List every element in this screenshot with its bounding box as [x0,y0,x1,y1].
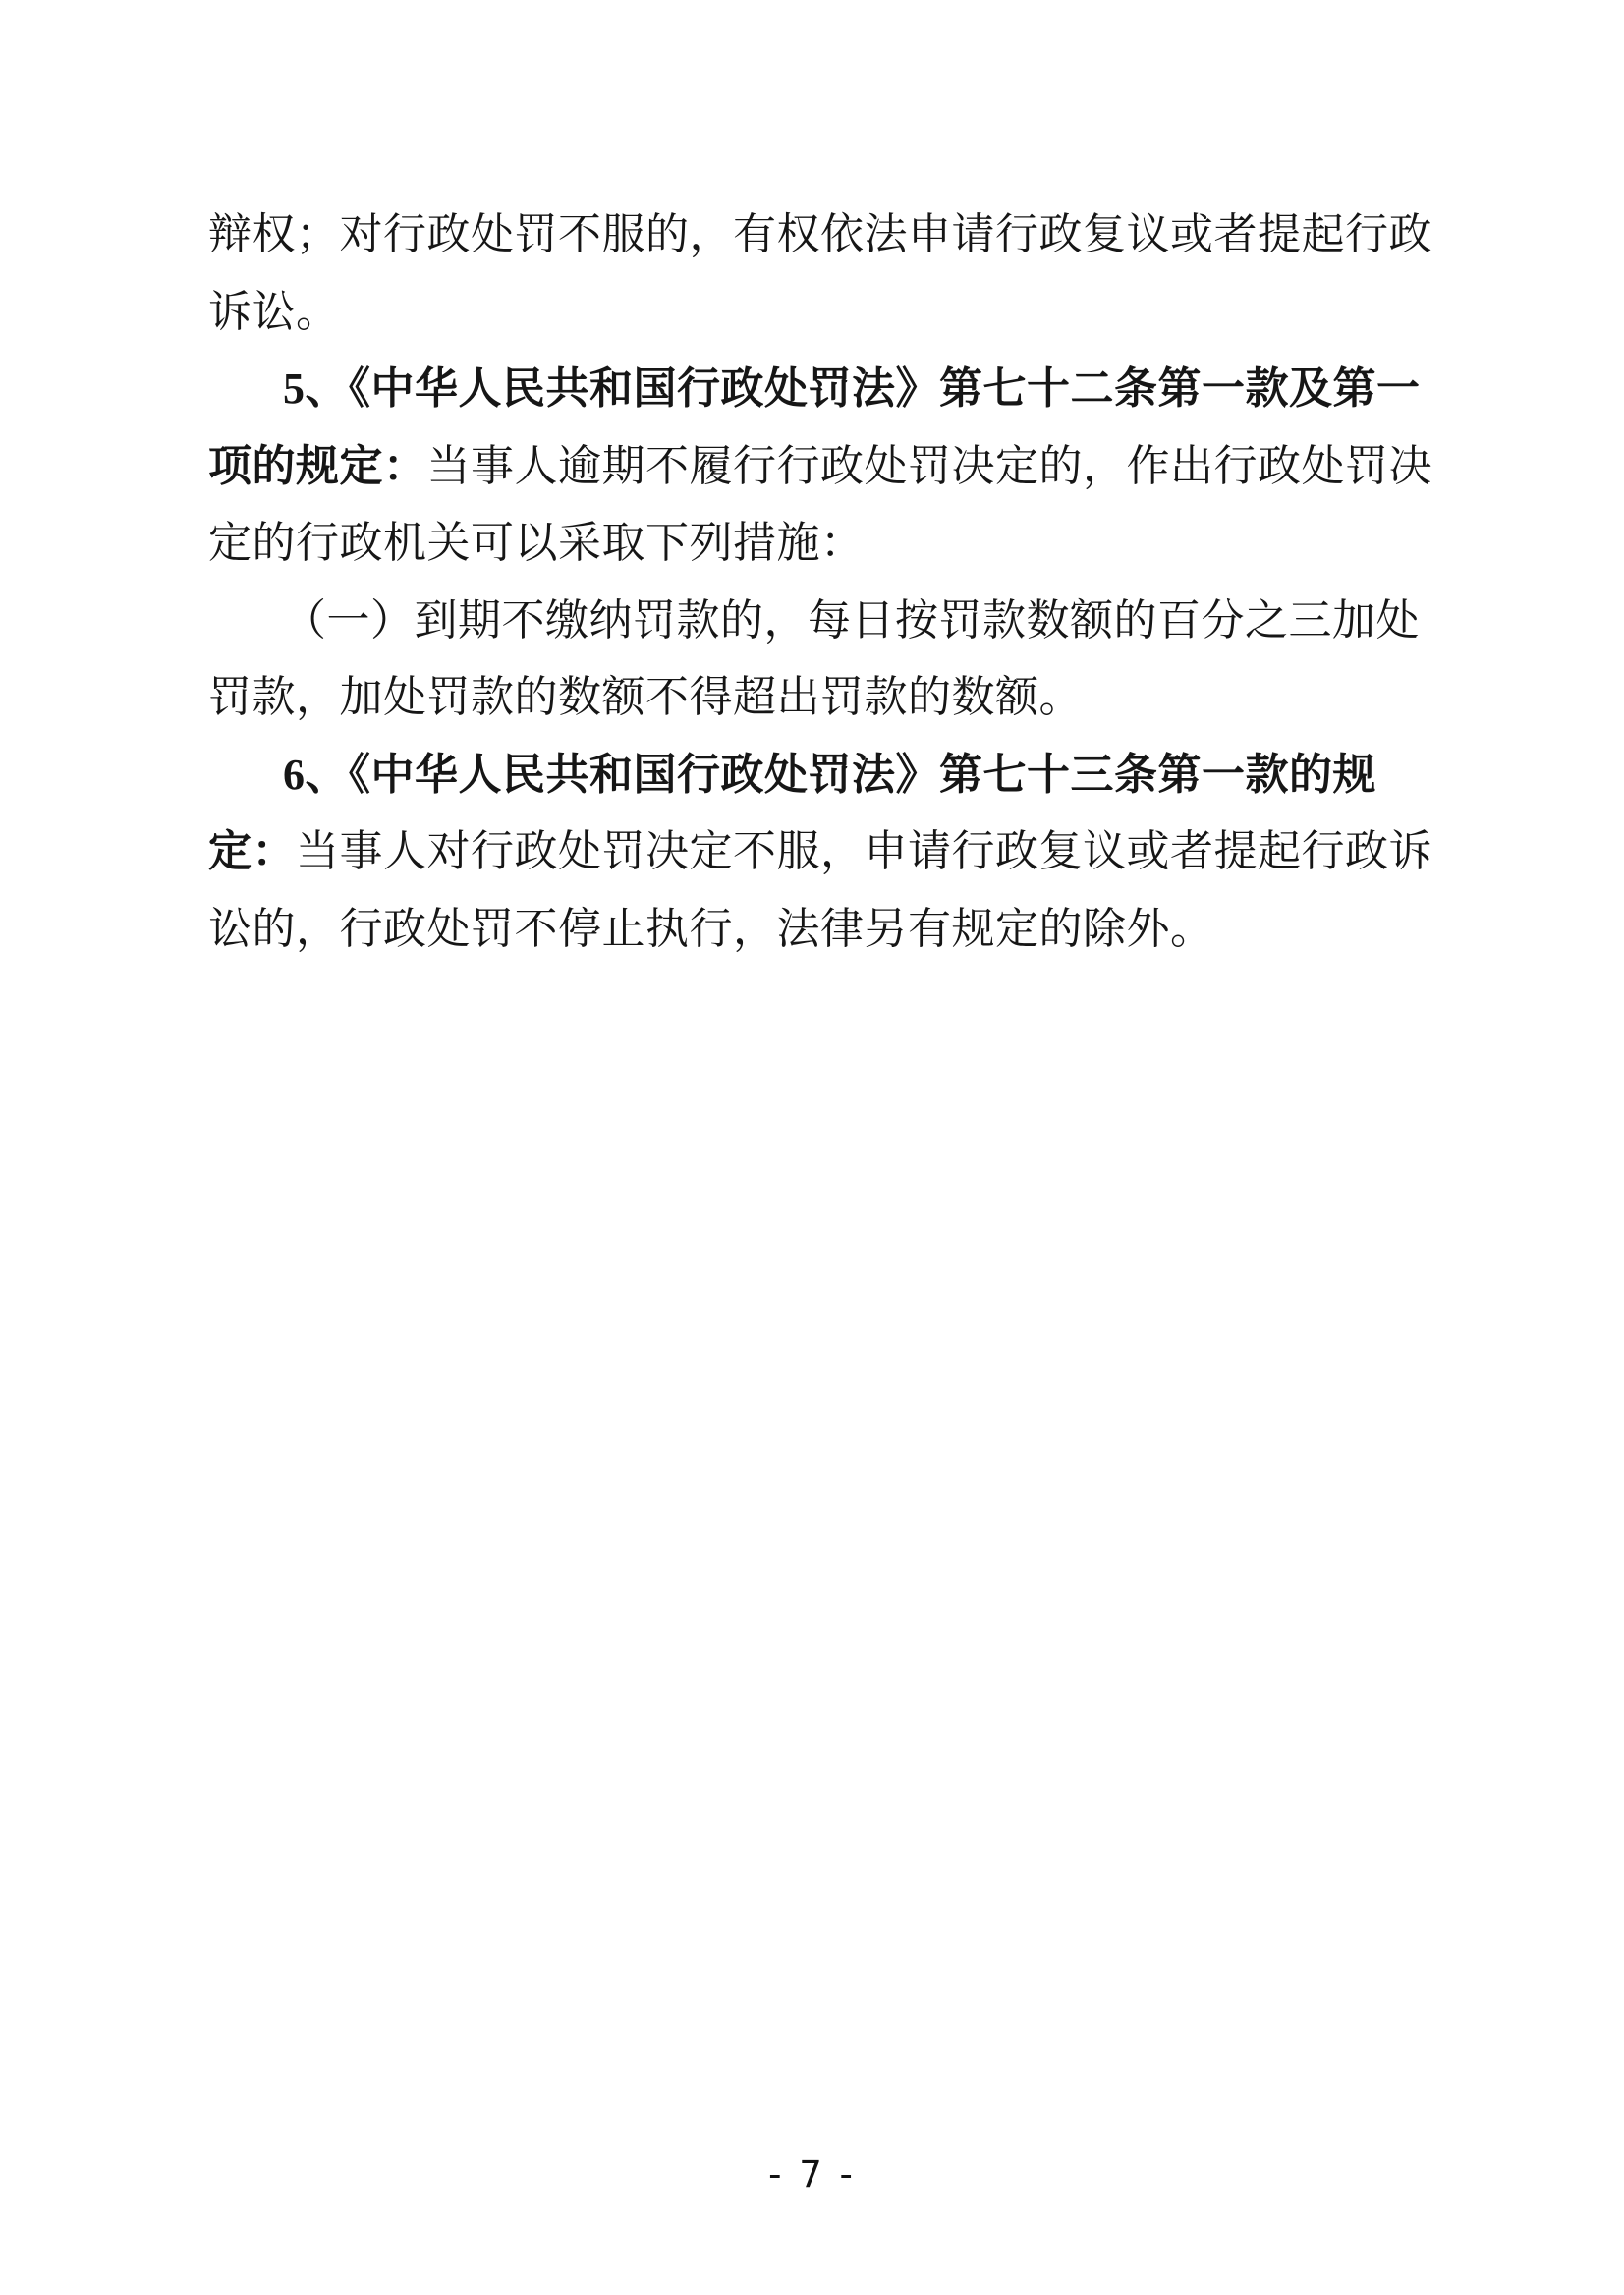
text-line-3: 5、《中华人民共和国行政处罚法》第七十二条第一款及第一 [208,351,1476,428]
text-line-10: 讼的，行政处罚不停止执行，法律另有规定的除外。 [208,891,1476,969]
text-run: 辩权；对行政处罚不服的，有权依法申请行政复议或者提起行政 [208,210,1432,258]
text-line-6: （一）到期不缴纳罚款的，每日按罚款数额的百分之三加处 [208,583,1476,660]
text-line-4: 项的规定：当事人逾期不履行行政处罚决定的，作出行政处罚决 [208,428,1476,506]
text-line-5: 定的行政机关可以采取下列措施： [208,505,1476,583]
text-run: 诉讼。 [208,288,340,336]
text-run: 当事人对行政处罚决定不服，申请行政复议或者提起行政诉 [296,827,1432,875]
text-run-bold: 项的规定： [208,442,427,490]
text-line-2: 诉讼。 [208,274,1476,352]
text-run: （一）到期不缴纳罚款的，每日按罚款数额的百分之三加处 [283,596,1420,644]
page-number: - 7 - [0,2154,1624,2196]
text-run-bold: 6、《中华人民共和国行政处罚法》第七十三条第一款的规 [283,751,1376,799]
text-line-7: 罚款，加处罚款的数额不得超出罚款的数额。 [208,659,1476,737]
text-line-8: 6、《中华人民共和国行政处罚法》第七十三条第一款的规 [208,737,1476,814]
text-line-1: 辩权；对行政处罚不服的，有权依法申请行政复议或者提起行政 [208,196,1476,274]
text-run: 定的行政机关可以采取下列措施： [208,519,865,567]
text-run: 讼的，行政处罚不停止执行，法律另有规定的除外。 [208,905,1214,953]
text-line-9: 定：当事人对行政处罚决定不服，申请行政复议或者提起行政诉 [208,813,1476,891]
text-run-bold: 定： [208,827,296,875]
text-run: 当事人逾期不履行行政处罚决定的，作出行政处罚决 [427,442,1433,490]
text-run: 罚款，加处罚款的数额不得超出罚款的数额。 [208,673,1083,721]
document-page: 辩权；对行政处罚不服的，有权依法申请行政复议或者提起行政 诉讼。 5、《中华人民… [0,0,1624,2295]
document-body: 辩权；对行政处罚不服的，有权依法申请行政复议或者提起行政 诉讼。 5、《中华人民… [208,196,1476,968]
text-run-bold: 5、《中华人民共和国行政处罚法》第七十二条第一款及第一 [283,364,1421,413]
